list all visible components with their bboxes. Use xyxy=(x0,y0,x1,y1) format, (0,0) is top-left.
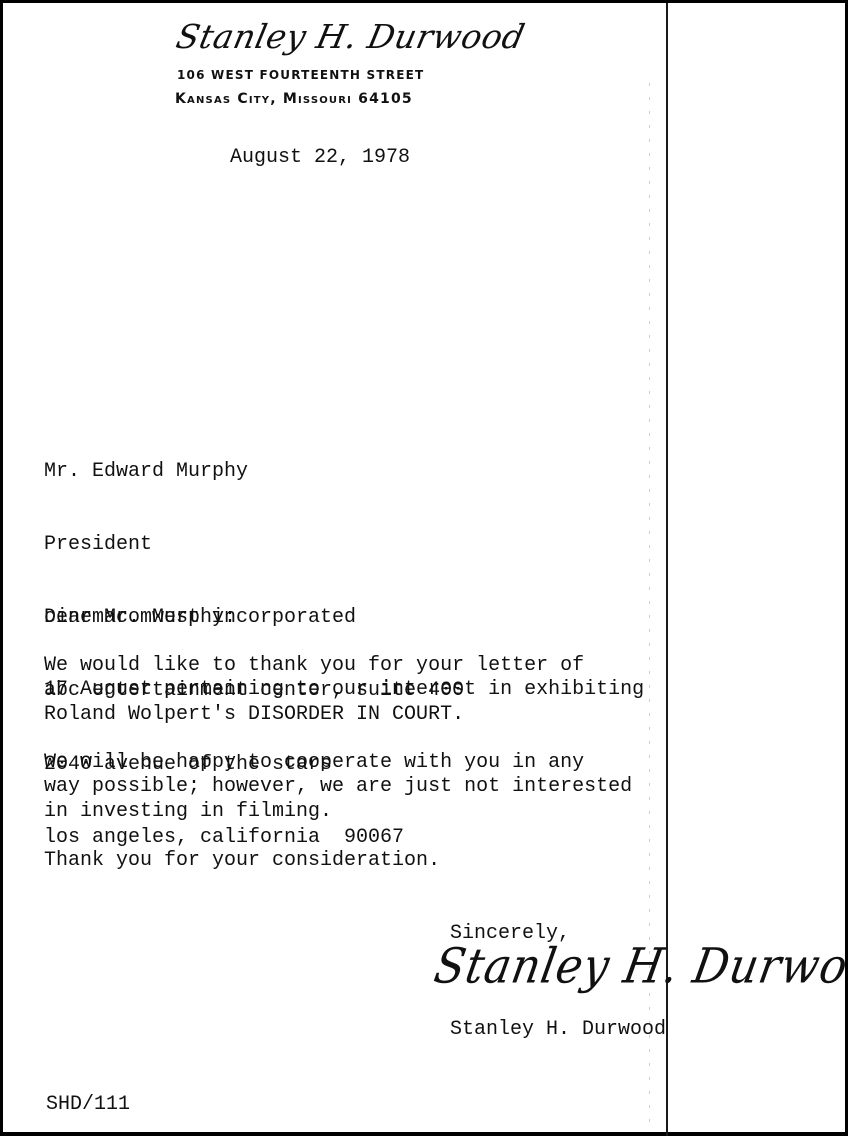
letter-date: August 22, 1978 xyxy=(230,146,410,170)
signer-name: Stanley H. Durwood xyxy=(450,1018,666,1042)
body-paragraph: We would like to thank you for your lett… xyxy=(44,654,644,727)
body-paragraph: We will be happy to cooperate with you i… xyxy=(44,751,632,824)
reference-initials: SHD/111 xyxy=(46,1093,130,1117)
recipient-line: President xyxy=(44,533,464,557)
letterhead-city: Kansas City, Missouri 64105 xyxy=(175,91,413,107)
handwritten-signature: Stanley H. Durwood xyxy=(430,938,848,994)
salutation: Dear Mr. Murphy: xyxy=(44,606,236,630)
letterhead-street: 106 West Fourteenth Street xyxy=(177,68,424,82)
recipient-line: Mr. Edward Murphy xyxy=(44,460,464,484)
body-paragraph: Thank you for your consideration. xyxy=(44,849,440,873)
recipient-line: los angeles, california 90067 xyxy=(44,826,464,850)
letterhead-name: Stanley H. Durwood xyxy=(173,17,529,56)
letter-page: Stanley H. Durwood 106 West Fourteenth S… xyxy=(0,0,848,1136)
